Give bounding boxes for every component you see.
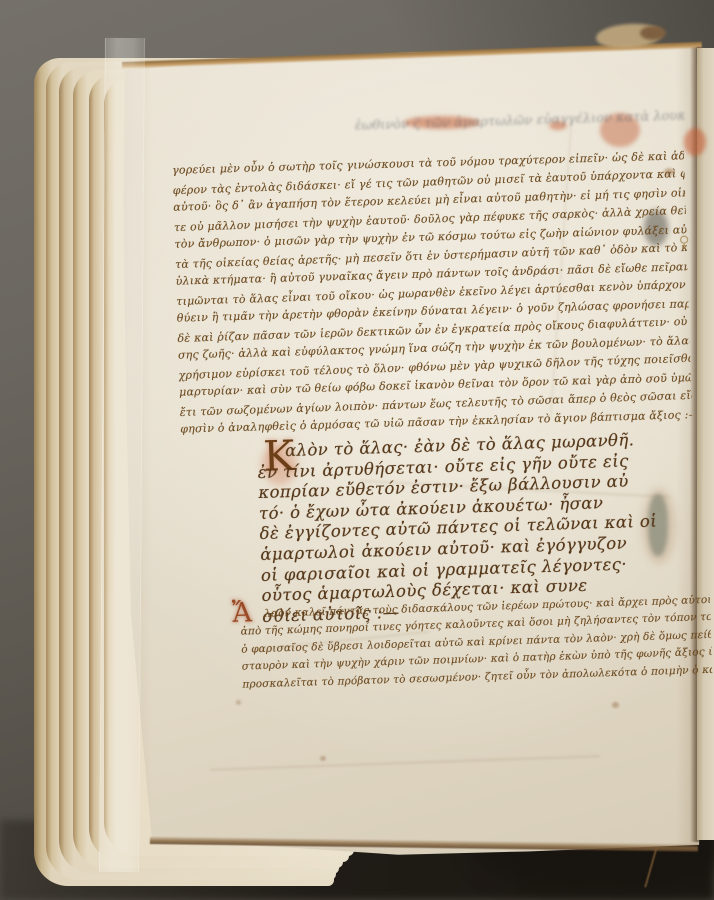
- lower-commentary-block: λαὸν καλεῖ πάντας τοὺς διδασκάλους τῶν ἱ…: [240, 592, 713, 699]
- upper-commentary-block: γορεύει μὲν οὖν ὁ σωτὴρ τοῖς γινώσκουσι …: [172, 146, 693, 442]
- margin-sign-icon: ♀: [679, 233, 690, 251]
- faded-rubric-header: ἑωθινὸν ϛ̅ τῶν ἁμαρτωλῶν εὐαγγέλιον κατὰ…: [355, 108, 685, 133]
- headband-fragment-dark: [640, 26, 666, 40]
- repair-tissue-strip: [99, 38, 145, 872]
- handwriting-layer: ἑωθινὸν ϛ̅ τῶν ἁμαρτωλῶν εὐαγγέλιον κατὰ…: [125, 52, 714, 850]
- manuscript-photo-scene: ἑωθινὸν ϛ̅ τῶν ἁμαρτωλῶν εὐαγγέλιον κατὰ…: [0, 0, 714, 900]
